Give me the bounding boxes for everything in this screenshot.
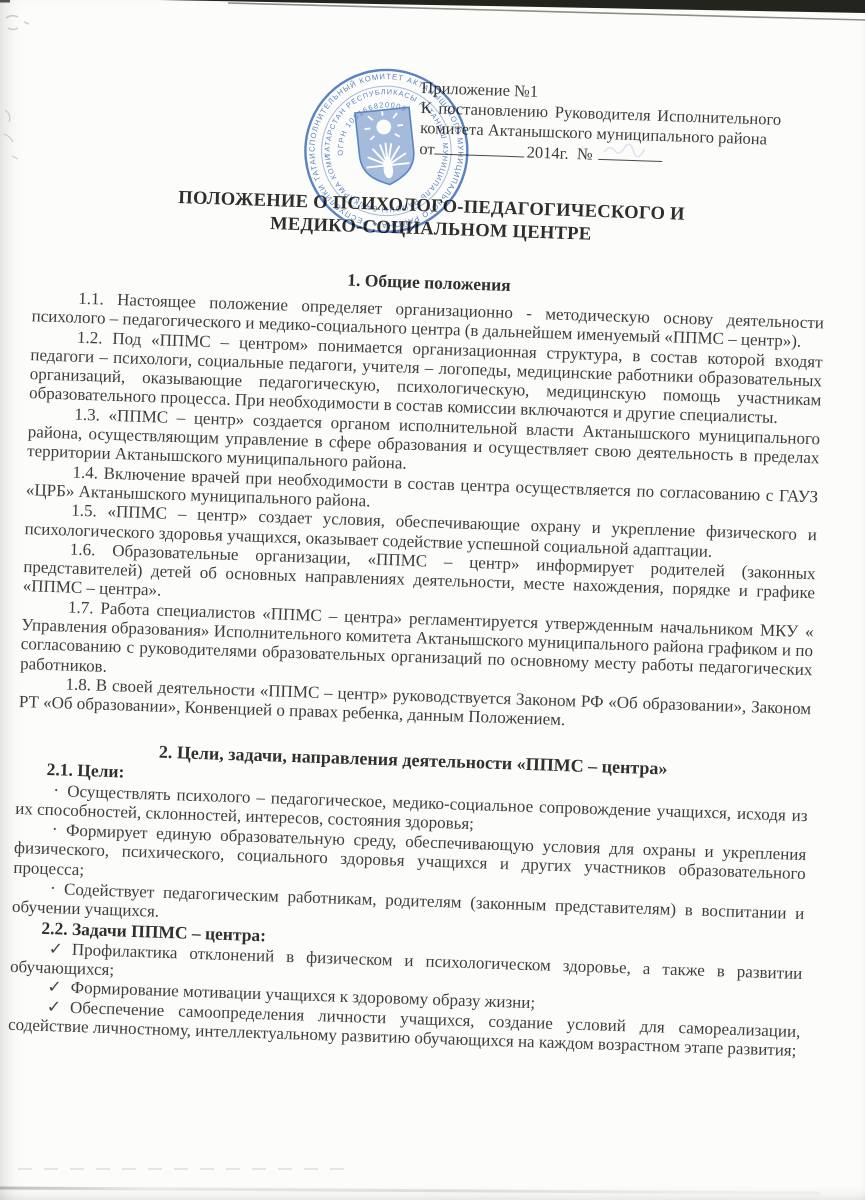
document-header: Приложение №1 К постановлению Руководите… [419, 78, 797, 171]
number-sign: № [577, 144, 593, 164]
bullet-dot-marker: · [50, 878, 55, 897]
stamp-ogrn-text: ОГРН 106166820000 [331, 98, 413, 157]
bullet-dot-marker: · [54, 780, 59, 799]
scan-bottom-shadow [0, 1186, 820, 1194]
scan-top-edge [0, 0, 865, 30]
scan-bottom-streak [18, 1168, 348, 1170]
scanned-document-page: Приложение №1 К постановлению Руководите… [0, 0, 865, 1200]
faded-handwriting [603, 141, 659, 159]
date-prefix: от [419, 139, 435, 158]
document-body: Приложение №1 К постановлению Руководите… [8, 65, 832, 1060]
svg-text:ОГРН 106166820000: ОГРН 106166820000 [331, 98, 413, 157]
checkmark-icon: ✓ [46, 997, 61, 1017]
checkmark-icon: ✓ [48, 939, 63, 959]
aktanysh-coat-of-arms-icon [355, 107, 417, 187]
date-blank-field [435, 139, 525, 157]
checkmark-icon: ✓ [47, 977, 62, 997]
document-title: ПОЛОЖЕНИЕ О ПСИХОЛОГО-ПЕДАГОГИЧЕСКОГО И … [153, 186, 709, 250]
number-blank-field [598, 145, 662, 162]
date-year: 2014г. [526, 143, 569, 163]
bullet-dot-marker: · [52, 819, 57, 838]
